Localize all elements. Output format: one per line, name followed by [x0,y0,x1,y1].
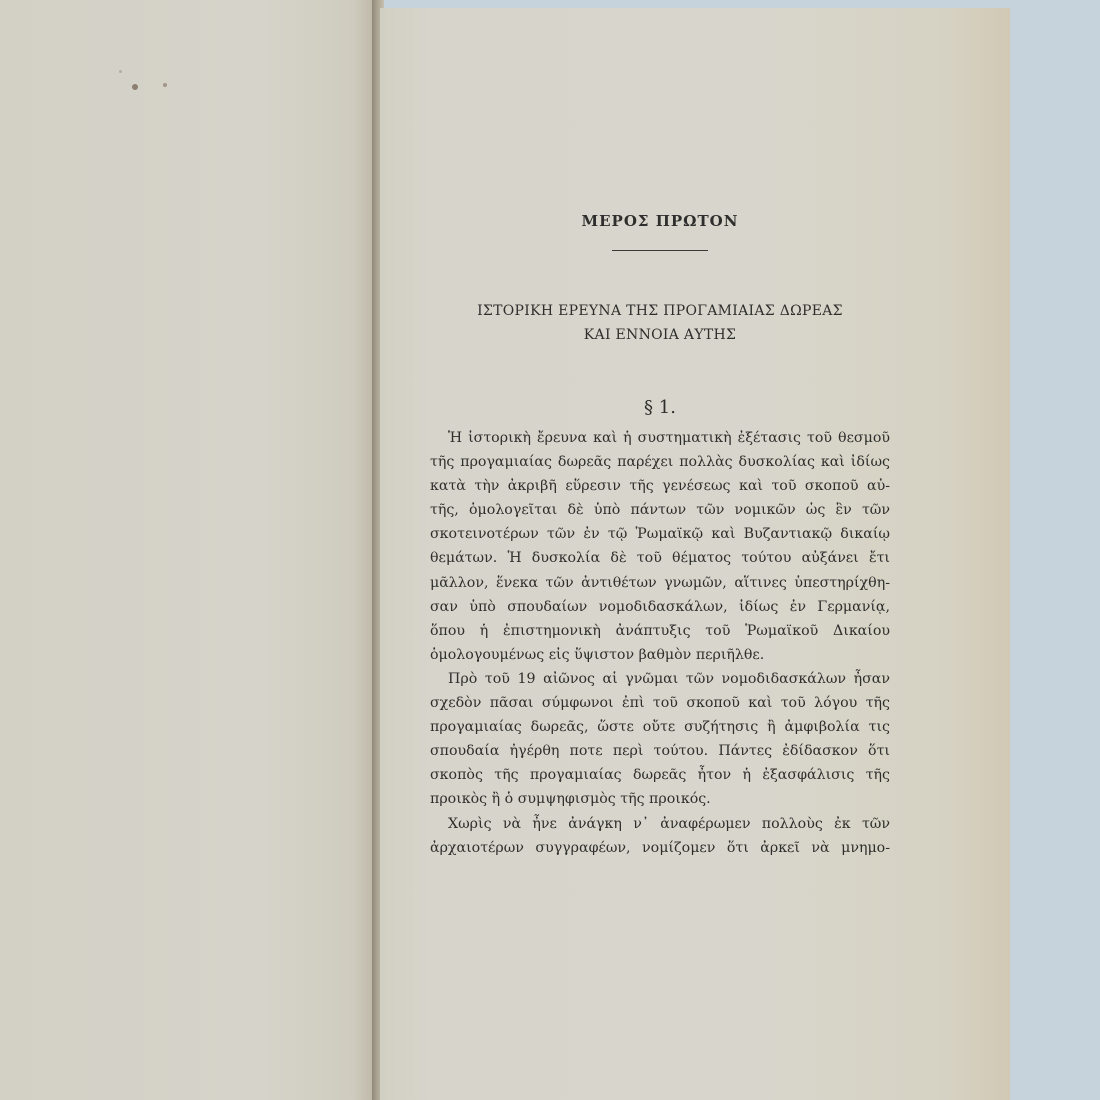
text-line: προικὸς ἢ ὁ συμψηφισμὸς τῆς προικός. [430,787,890,811]
text-line: τῆς, ὁμολογεῖται δὲ ὑπὸ πάντων τῶν νομικ… [430,498,890,522]
foxing-spot [132,84,138,90]
page-content: ΜΕΡΟΣ ΠΡΩΤΟΝ ΙΣΤΟΡΙΚΗ ΕΡΕΥΝΑ ΤΗΣ ΠΡΟΓΑΜΙ… [430,200,890,860]
foxing-spot [119,70,122,73]
text-line: ἀρχαιοτέρων συγγραφέων, νομίζομεν ὅτι ἀρ… [430,836,890,860]
text-line: Χωρὶς νὰ ἦνε ἀνάγκη ν᾽ ἀναφέρωμεν πολλοὺ… [430,812,890,836]
text-line: ὁμολογουμένως εἰς ὕψιστον βαθμὸν περιῆλθ… [430,643,890,667]
body-text: Ἡ ἱστορικὴ ἔρευνα καὶ ἡ συστηματικὴ ἐξέτ… [430,426,890,860]
text-line: σκοτεινοτέρων τῶν ἐν τῷ Ῥωμαϊκῷ καὶ Βυζα… [430,522,890,546]
foxing-spot [163,83,167,87]
title-rule-divider [612,250,708,251]
text-line: Ἡ ἱστορικὴ ἔρευνα καὶ ἡ συστηματικὴ ἐξέτ… [430,426,890,450]
text-line: σαν ὑπὸ σπουδαίων νομοδιδασκάλων, ἰδίως … [430,595,890,619]
photo-scene: ΜΕΡΟΣ ΠΡΩΤΟΝ ΙΣΤΟΡΙΚΗ ΕΡΕΥΝΑ ΤΗΣ ΠΡΟΓΑΜΙ… [0,0,1100,1100]
text-line: θεμάτων. Ἡ δυσκολία δὲ τοῦ θέματος τούτο… [430,546,890,570]
text-line: ὅπου ἡ ἐπιστημονικὴ ἀνάπτυξις τοῦ Ῥωμαϊκ… [430,619,890,643]
section-title-line: ΙΣΤΟΡΙΚΗ ΕΡΕΥΝΑ ΤΗΣ ΠΡΟΓΑΜΙΑΙΑΣ ΔΩΡΕΑΣ [430,299,890,323]
left-page-blank [0,0,372,1100]
paragraph-mark: § 1. [430,397,890,418]
text-line: κατὰ τὴν ἀκριβῆ εὕρεσιν τῆς γενέσεως καὶ… [430,474,890,498]
text-line: προγαμιαίας δωρεᾶς, ὥστε οὔτε συζήτησις … [430,715,890,739]
text-line: μᾶλλον, ἕνεκα τῶν ἀντιθέτων γνωμῶν, αἵτι… [430,571,890,595]
text-line: τῆς προγαμιαίας δωρεᾶς παρέχει πολλὰς δυ… [430,450,890,474]
text-line: σχεδὸν πᾶσαι σύμφωνοι ἐπὶ τοῦ σκοποῦ καὶ… [430,691,890,715]
text-line: σκοπὸς τῆς προγαμιαίας δωρεᾶς ἦτον ἡ ἐξα… [430,763,890,787]
text-line: σπουδαία ἠγέρθη ποτε περὶ τούτου. Πάντες… [430,739,890,763]
section-title-line: ΚΑΙ ΕΝΝΟΙΑ ΑΥΤΗΣ [430,323,890,347]
text-line: Πρὸ τοῦ 19 αἰῶνος αἱ γνῶμαι τῶν νομοδιδα… [430,667,890,691]
section-title: ΙΣΤΟΡΙΚΗ ΕΡΕΥΝΑ ΤΗΣ ΠΡΟΓΑΜΙΑΙΑΣ ΔΩΡΕΑΣ Κ… [430,299,890,347]
part-title: ΜΕΡΟΣ ΠΡΩΤΟΝ [430,212,890,230]
